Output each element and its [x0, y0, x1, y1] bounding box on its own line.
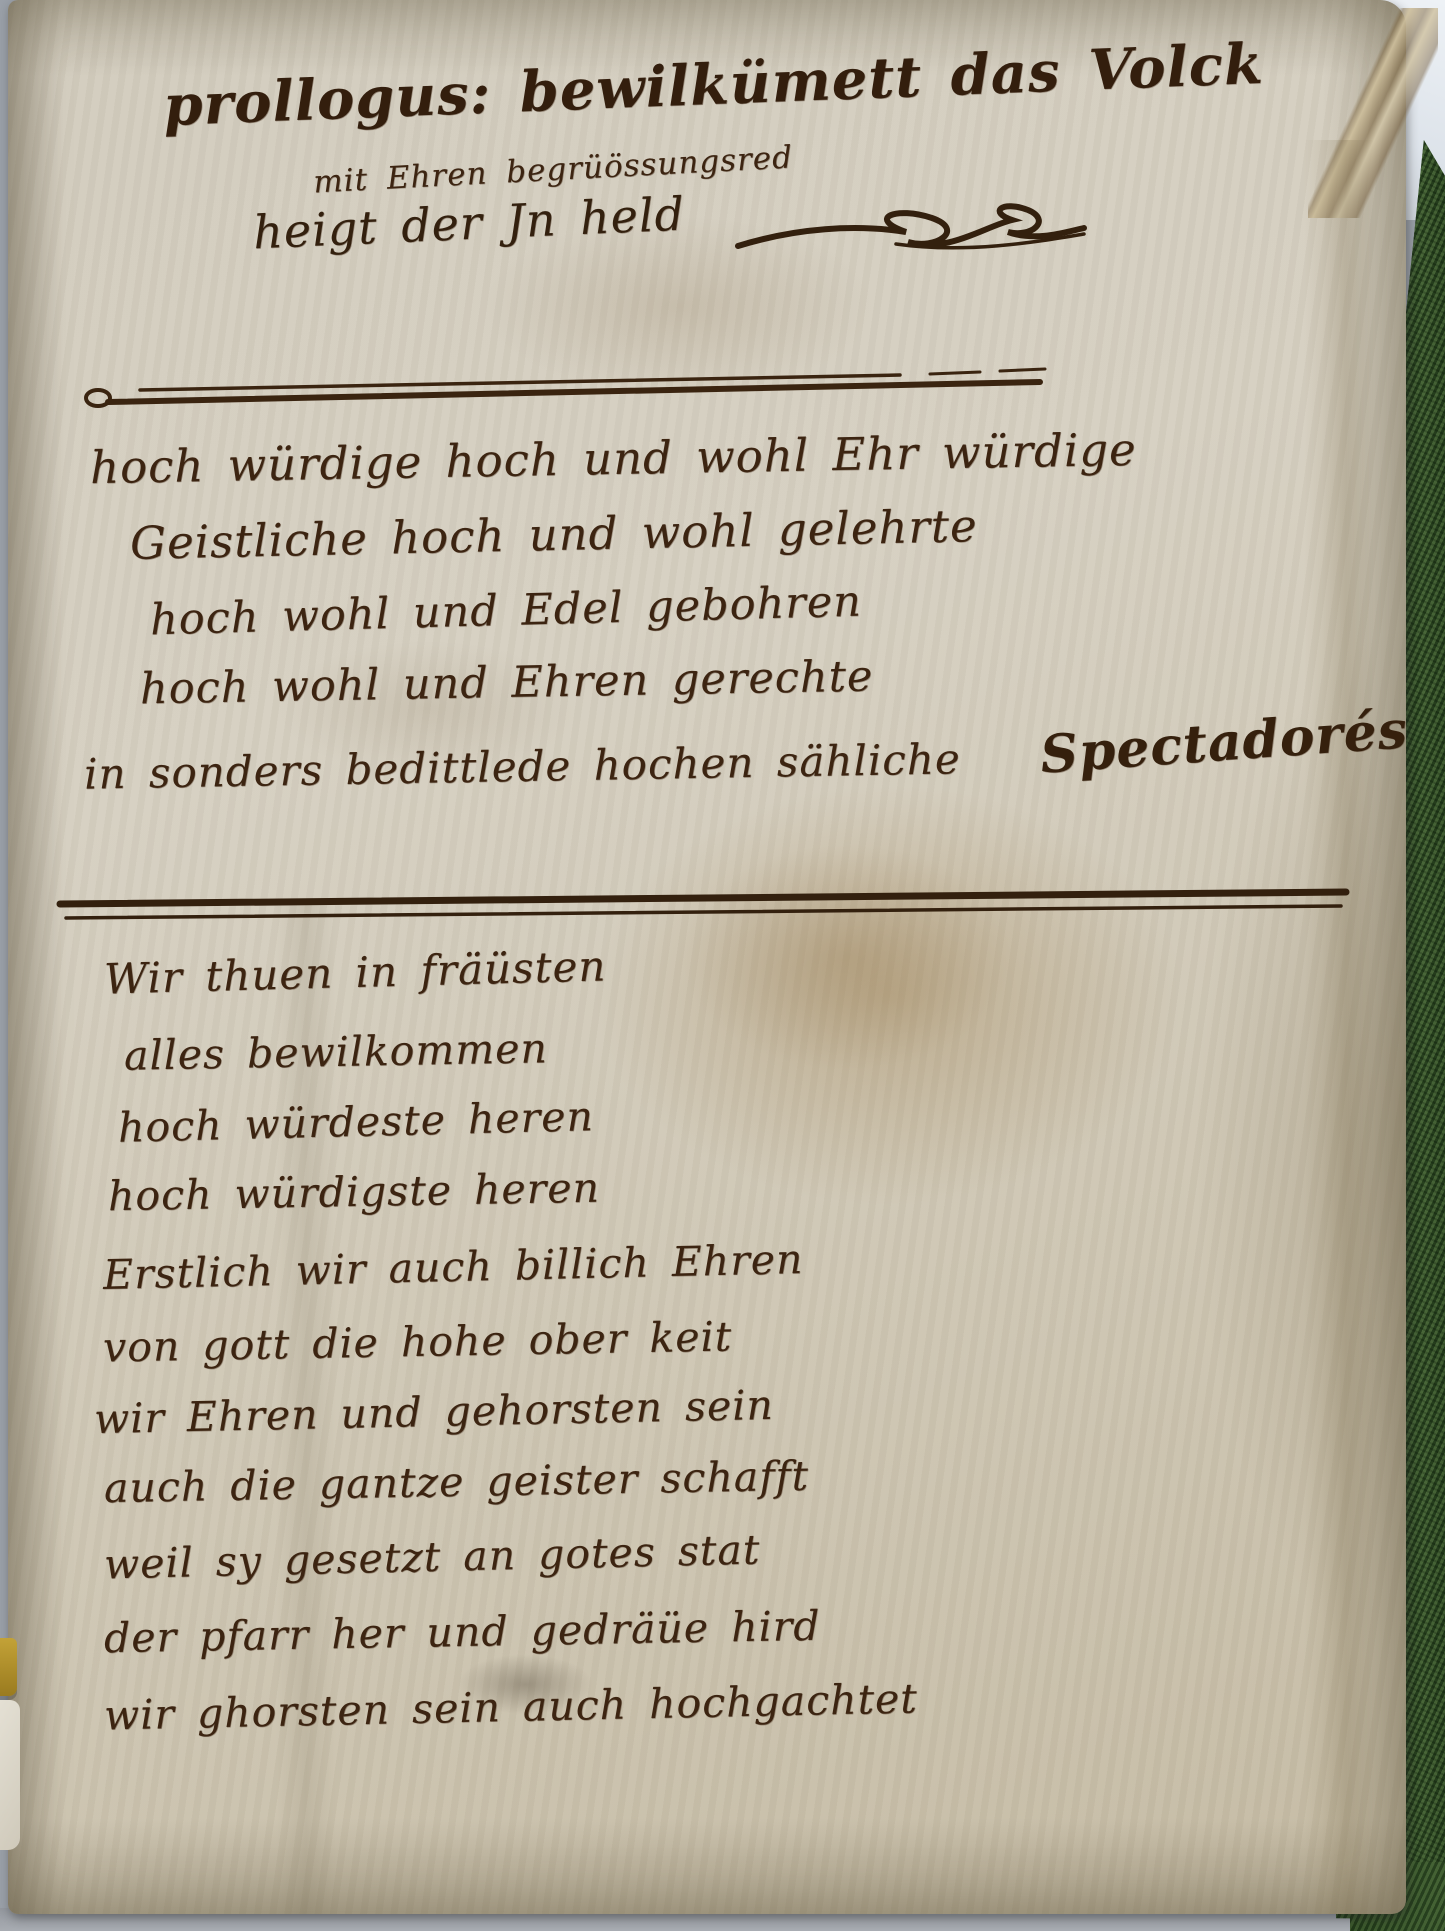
binding-paper-scrap — [0, 1700, 20, 1850]
manuscript-line: hoch würdeste heren — [117, 1092, 594, 1152]
paper-crease-right — [1304, 140, 1374, 1914]
manuscript-line: hoch wohl und Edel gebohren — [149, 577, 862, 646]
manuscript-line: auch die gantze geister schafft — [104, 1452, 810, 1512]
manuscript-line: hoch würdige hoch und wohl Ehr würdige — [90, 423, 1138, 494]
title-line-1: prollogus: bewilkümett das Volck — [162, 31, 1265, 139]
divider-rule-top-icon — [80, 366, 1055, 412]
manuscript-line: hoch wohl und Ehren gerechte — [140, 652, 874, 715]
manuscript-line: von gott die hohe ober keit — [103, 1313, 733, 1372]
pen-flourish-icon — [736, 198, 1086, 278]
manuscript-line: hoch würdigste heren — [108, 1164, 601, 1221]
manuscript-line: alles bewilkommen — [124, 1024, 549, 1079]
manuscript-line: der pfarr her und gedräüe hird — [104, 1602, 821, 1662]
manuscript-line: Wir thuen in fräüsten — [103, 941, 607, 1003]
manuscript-line: weil sy gesetzt an gotes stat — [104, 1526, 761, 1589]
manuscript-line: wir Ehren und gehorsten sein — [94, 1381, 775, 1443]
binding-thread — [0, 1638, 17, 1696]
manuscript-line: wir ghorsten sein auch hochgachtet — [104, 1674, 919, 1739]
manuscript-photo: prollogus: bewilkümett das Volck mit Ehr… — [0, 0, 1445, 1931]
manuscript-line: Geistliche hoch und wohl gelehrte — [130, 499, 979, 570]
divider-rule-middle-icon — [56, 882, 1351, 922]
manuscript-line: Erstlich wir auch billich Ehren — [103, 1235, 804, 1299]
manuscript-page: prollogus: bewilkümett das Volck mit Ehr… — [8, 0, 1406, 1914]
manuscript-line: in sonders bedittlede hochen sähliche — [84, 734, 961, 798]
